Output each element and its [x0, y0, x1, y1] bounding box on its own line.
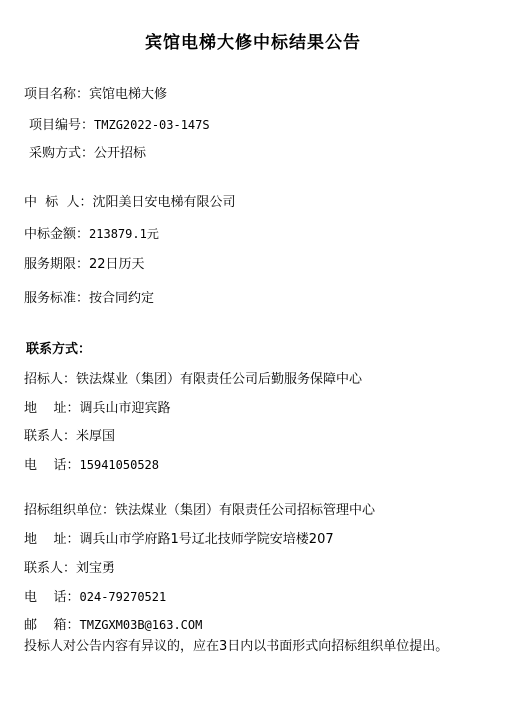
award-amount-value: 213879.1元: [89, 227, 159, 241]
tenderer-label: 招标人：: [24, 372, 76, 387]
tenderer-row: 招标人：铁法煤业（集团）有限责任公司后勤服务保障中心: [24, 372, 362, 388]
project-code-value: TMZG2022-03-147S: [94, 118, 210, 132]
agency-label: 招标组织单位：: [24, 503, 115, 518]
procurement-method-row: 采购方式：公开招标: [29, 146, 146, 162]
procurement-method-label: 采购方式：: [29, 146, 94, 161]
service-standard-label: 服务标准：: [24, 291, 89, 306]
service-period-label: 服务期限：: [24, 257, 89, 272]
objection-notice: 投标人对公告内容有异议的，应在3日内以书面形式向招标组织单位提出。: [24, 639, 448, 655]
agency-email-value: TMZGXM03B@163.COM: [80, 618, 203, 632]
agency-address-value: 调兵山市学府路1号辽北技师学院安培楼207: [80, 532, 334, 547]
contact-heading: 联系方式：: [26, 342, 91, 358]
page-title: 宾馆电梯大修中标结果公告: [0, 28, 506, 53]
agency-address-label: 地 址：: [24, 532, 80, 547]
tenderer-contact-label: 联系人：: [24, 429, 76, 444]
agency-row: 招标组织单位：铁法煤业（集团）有限责任公司招标管理中心: [24, 503, 375, 519]
agency-phone-label: 电 话：: [24, 590, 80, 605]
project-code-label: 项目编号：: [29, 118, 94, 133]
tenderer-phone-row: 电 话：15941050528: [24, 457, 159, 474]
service-period-row: 服务期限：22日历天: [24, 257, 145, 273]
tenderer-contact-row: 联系人：米厚国: [24, 429, 115, 445]
agency-contact-label: 联系人：: [24, 561, 76, 576]
project-name-label: 项目名称：: [24, 87, 89, 102]
agency-address-row: 地 址：调兵山市学府路1号辽北技师学院安培楼207: [24, 532, 334, 548]
project-name-row: 项目名称：宾馆电梯大修: [24, 87, 167, 103]
project-code-row: 项目编号：TMZG2022-03-147S: [29, 117, 210, 134]
service-period-value: 22日历天: [89, 257, 145, 272]
procurement-method-value: 公开招标: [94, 146, 146, 161]
agency-email-row: 邮 箱：TMZGXM03B@163.COM: [24, 617, 202, 634]
winner-value: 沈阳美日安电梯有限公司: [93, 195, 236, 210]
service-standard-value: 按合同约定: [89, 291, 154, 306]
award-amount-row: 中标金额：213879.1元: [24, 226, 159, 243]
agency-value: 铁法煤业（集团）有限责任公司招标管理中心: [115, 503, 375, 518]
agency-phone-value: 024-79270521: [80, 590, 167, 604]
tenderer-contact-value: 米厚国: [76, 429, 115, 444]
tenderer-phone-value: 15941050528: [80, 458, 159, 472]
agency-phone-row: 电 话：024-79270521: [24, 589, 166, 606]
agency-contact-row: 联系人：刘宝勇: [24, 561, 115, 577]
winner-row: 中 标 人：沈阳美日安电梯有限公司: [24, 195, 236, 211]
service-standard-row: 服务标准：按合同约定: [24, 291, 154, 307]
tenderer-address-label: 地 址：: [24, 401, 80, 416]
tenderer-address-value: 调兵山市迎宾路: [80, 401, 171, 416]
winner-label: 中 标 人：: [24, 195, 93, 210]
agency-email-label: 邮 箱：: [24, 618, 80, 633]
project-name-value: 宾馆电梯大修: [89, 87, 167, 102]
tenderer-address-row: 地 址：调兵山市迎宾路: [24, 401, 171, 417]
award-amount-label: 中标金额：: [24, 227, 89, 242]
tenderer-phone-label: 电 话：: [24, 458, 80, 473]
agency-contact-value: 刘宝勇: [76, 561, 115, 576]
tenderer-value: 铁法煤业（集团）有限责任公司后勤服务保障中心: [76, 372, 362, 387]
